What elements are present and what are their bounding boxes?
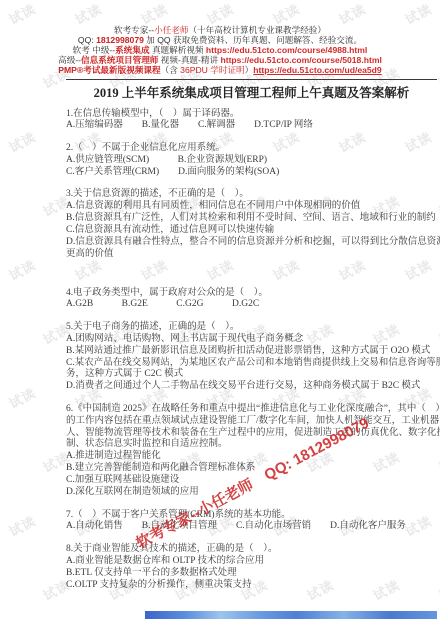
qq-number: 1812998079 xyxy=(96,35,144,45)
pmp-course-link[interactable]: https://edu.51cto.com/ud/ea5d9 xyxy=(253,65,381,75)
course3-link[interactable]: https://edu.51cto.com/course/4988.html xyxy=(206,45,367,55)
pmp-course-name: PMP®考试最新版视频课程 xyxy=(58,65,160,75)
course4-name: 信息系统项目管理师 xyxy=(81,55,158,65)
course3-prefix: 软考 中级-- xyxy=(73,45,116,55)
question-line: 5.关于电子商务的描述，正确的是（ ）。 xyxy=(66,322,438,334)
question-line: 的工作内容包括在重点领域试点建设智能工厂/数字化车间，加快人机智能交互，工业机器 xyxy=(66,416,438,428)
question-line: A.供应链管理(SCM) B.企业资源规划(ERP) xyxy=(66,155,438,167)
question-line: A.团购网站、电话购物、网上书店属于现代电子商务概念 xyxy=(66,334,438,346)
question-line: A.压缩编码器 B.量化器 C.解调器 D.TCP/IP 网络 xyxy=(66,120,438,132)
question-block: 1.在信息传输模型中，（ ）属于译码器。A.压缩编码器 B.量化器 C.解调器 … xyxy=(66,109,438,133)
question-block: 2.（ ）不属于企业信息化应用系统。A.供应链管理(SCM) B.企业资源规划(… xyxy=(66,143,438,179)
divider-rule xyxy=(66,79,437,80)
question-line: B.信息资源具有广泛性，人们对其检索和利用不受时间、空间、语言、地域和行业的制约 xyxy=(66,213,438,225)
course4-prefix: 高级-- xyxy=(58,55,81,65)
question-block: 3.关于信息资源的描述，不正确的是（ ）。A.信息资源的利用具有同质性，相同信息… xyxy=(66,189,438,260)
question-line: 1.在信息传输模型中，（ ）属于译码器。 xyxy=(66,109,438,121)
question-line: A.信息资源的利用具有同质性，相同信息在不同用户中体现相同的价值 xyxy=(66,201,438,213)
question-line: C.OLTP 支持复杂的分析操作，侧重决策支持 xyxy=(66,580,438,592)
question-line: A.商业智能是数据仓库和 OLTP 技术的综合应用 xyxy=(66,556,438,568)
question-line: 人、智能物流管理等技术和装备在生产过程中的应用，促进制造工艺的仿真优化、数字化控 xyxy=(66,428,438,440)
question-line: 更高的价值 xyxy=(66,249,438,261)
question-line: C.加强互联网基础设施建设 xyxy=(66,475,438,487)
footer-progress-bar xyxy=(145,611,437,619)
tile-watermark: 试读 xyxy=(5,127,39,157)
expert-suffix: （十年高校计算机专业课教学经验） xyxy=(188,25,326,35)
question-line: 2.（ ）不属于企业信息化应用系统。 xyxy=(66,143,438,155)
question-line: D.消费者之间通过个人二手物品在线交易平台进行交易，这种商务模式属于 B2C 模… xyxy=(66,381,438,393)
course4-link[interactable]: https://edu.51cto.com/course/5018.html xyxy=(220,55,381,65)
qq-label: QQ: xyxy=(78,35,96,45)
question-line: D.深化互联网在制造领域的应用 xyxy=(66,487,438,499)
question-block: 5.关于电子商务的描述，正确的是（ ）。A.团购网站、电话购物、网上书店属于现代… xyxy=(66,322,438,393)
question-line: 制、状态信息实时监控和自适应控制。 xyxy=(66,439,438,451)
question-line: A.推进制造过程智能化 xyxy=(66,451,438,463)
question-line: 7.（ ）不属于客户关系管理(CRM)系统的基本功能。 xyxy=(66,510,438,522)
question-block: 6.《中国制造 2025》在战略任务和重点中提出“推进信息化与工业化深度融合”，… xyxy=(66,404,438,499)
question-line: A.自动化销售 B.自动化项目管理 C.自动化市场营销 D.自动化客户服务 xyxy=(66,521,438,533)
tile-watermark: 试读 xyxy=(5,255,39,285)
tile-watermark: 试读 xyxy=(5,511,39,541)
pmp-paren-open: （含 xyxy=(161,65,181,75)
question-line: 4.电子政务类型中，属于政府对公众的是（ ）。 xyxy=(66,288,438,300)
question-line: 6.《中国制造 2025》在战略任务和重点中提出“推进信息化与工业化深度融合”，… xyxy=(66,404,438,416)
qq-suffix: 加 QQ 获取免费资料、历年真题、问题解答、经验交流。 xyxy=(144,35,362,45)
pmp-pdu-note: 36PDU 学时证明 xyxy=(180,65,244,75)
question-block: 4.电子政务类型中，属于政府对公众的是（ ）。A.G2B B.G2E C.G2G… xyxy=(66,288,438,312)
document-page: 试读试读试读试读试读试读试读试读试读试读试读试读试读试读试读试读试读试读试读试读… xyxy=(0,0,440,620)
question-line: D.信息资源具有融合性特点，整合不同的信息资源并分析和挖掘，可以得到比分散信息资… xyxy=(66,237,438,249)
tile-watermark: 试读 xyxy=(5,383,39,413)
promo-header: 软考专家--小任老师（十年高校计算机专业课教学经验） QQ: 181299807… xyxy=(0,0,440,76)
question-block: 8.关于商业智能及其技术的描述，正确的是（ ）。A.商业智能是数据仓库和 OLT… xyxy=(66,544,438,592)
teacher-name: 小任老师 xyxy=(154,25,188,35)
question-line: C.客户关系管理(CRM) D.面向服务的架构(SOA) xyxy=(66,167,438,179)
course3-mid: 真题解析视频 xyxy=(150,45,206,55)
course4-mid: 视频-真题-精讲 xyxy=(158,55,220,65)
question-line: C.某农产品在线交易网站，为某地区农产品公司和本地销售商提供线上交易和信息咨询等… xyxy=(66,358,438,370)
header-line-pmp-course: PMP®考试最新版视频课程（含 36PDU 学时证明）https://edu.5… xyxy=(0,66,440,76)
page-title: 2019 上半年系统集成项目管理工程师上午真题及答案解析 xyxy=(66,83,437,101)
expert-prefix: 软考专家-- xyxy=(114,25,154,35)
question-line: 3.关于信息资源的描述，不正确的是（ ）。 xyxy=(66,189,438,201)
question-line: C.信息资源具有流动性，通过信息网可以快速传输 xyxy=(66,225,438,237)
questions-container: 1.在信息传输模型中，（ ）属于译码器。A.压缩编码器 B.量化器 C.解调器 … xyxy=(66,109,438,592)
question-line: B.某网站通过推广最新影讯信息及团购折扣活动促进影票销售，这种方式属于 O2O … xyxy=(66,346,438,358)
question-line: B.建立完善智能制造和两化融合管理标准体系 xyxy=(66,463,438,475)
question-block: 7.（ ）不属于客户关系管理(CRM)系统的基本功能。A.自动化销售 B.自动化… xyxy=(66,510,438,534)
pmp-paren-close: ） xyxy=(245,65,254,75)
course3-name: 系统集成 xyxy=(115,45,149,55)
question-line: A.G2B B.G2E C.G2G D.G2C xyxy=(66,299,438,311)
question-line: 8.关于商业智能及其技术的描述，正确的是（ ）。 xyxy=(66,544,438,556)
question-line: 务，这种方式属于 C2C 模式 xyxy=(66,369,438,381)
question-line: B.ETL 仅支持单一平台的多数据格式处理 xyxy=(66,568,438,580)
